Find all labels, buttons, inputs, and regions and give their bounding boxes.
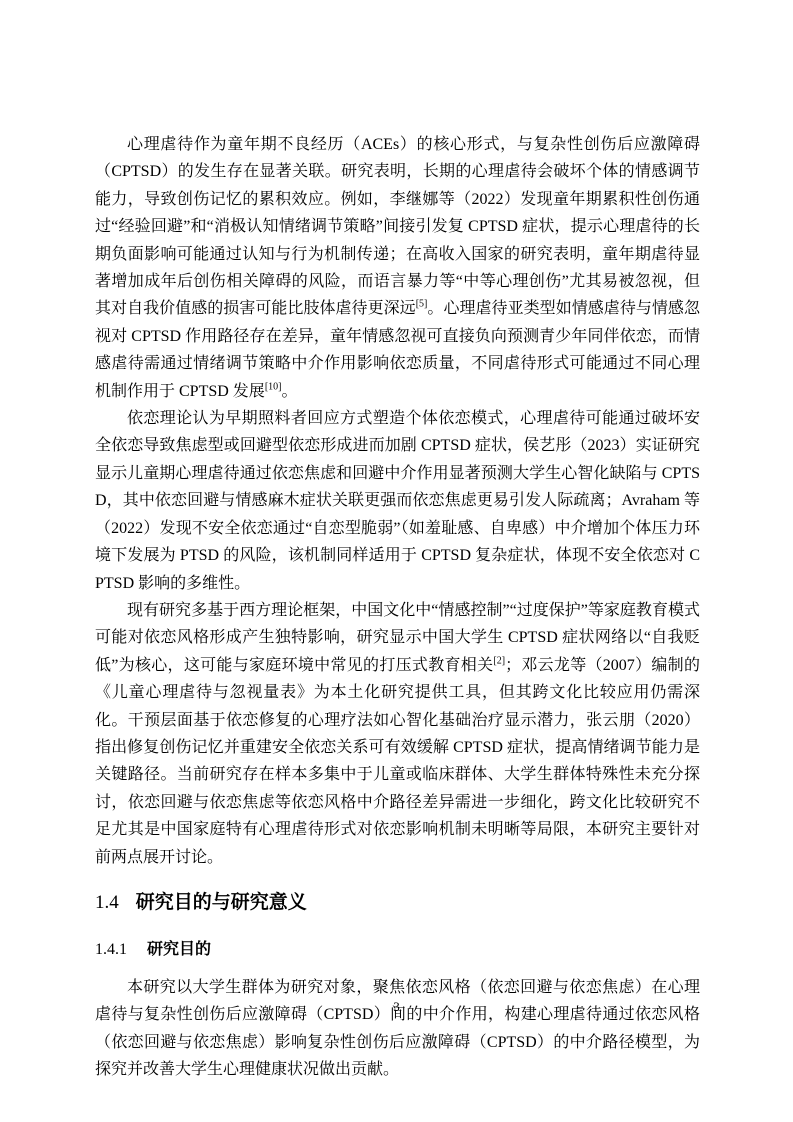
citation-superscript: [2]	[493, 655, 505, 666]
citation-superscript: [10]	[265, 381, 282, 392]
text-run: 依恋理论认为早期照料者回应方式塑造个体依恋模式，心理虐待可能通过破坏安全依恋导致…	[95, 410, 700, 591]
paragraph-research-gaps: 现有研究多基于西方理论框架，中国文化中“情感控制”“过度保护”等家庭教育模式可能…	[95, 597, 700, 871]
page-number: 3	[0, 999, 793, 1015]
section-title: 研究目的与研究意义	[136, 892, 307, 913]
paragraph-attachment-theory: 依恋理论认为早期照料者回应方式塑造个体依恋模式，心理虐待可能通过破坏安全依恋导致…	[95, 405, 700, 597]
paragraph-psychological-abuse: 心理虐待作为童年期不良经历（ACEs）的核心形式，与复杂性创伤后应激障碍（CPT…	[95, 131, 700, 405]
body-text: 心理虐待作为童年期不良经历（ACEs）的核心形式，与复杂性创伤后应激障碍（CPT…	[95, 131, 700, 1084]
text-run: ；邓云龙等（2007）编制的《儿童心理虐待与忽视量表》为本土化研究提供工具，但其…	[95, 657, 700, 866]
subsection-number: 1.4.1	[95, 941, 127, 958]
document-page: 心理虐待作为童年期不良经历（ACEs）的核心形式，与复杂性创伤后应激障碍（CPT…	[0, 0, 793, 1122]
section-number: 1.4	[95, 892, 119, 913]
subsection-title: 研究目的	[147, 941, 211, 958]
subsection-heading: 1.4.1研究目的	[95, 939, 700, 961]
section-heading: 1.4研究目的与研究意义	[95, 890, 700, 916]
paragraph-research-purpose: 本研究以大学生群体为研究对象，聚焦依恋风格（依恋回避与依恋焦虑）在心理虐待与复杂…	[95, 974, 700, 1084]
text-run: 本研究以大学生群体为研究对象，聚焦依恋风格（依恋回避与依恋焦虑）在心理虐待与复杂…	[95, 979, 700, 1078]
text-run: 。	[281, 383, 297, 400]
text-run: 心理虐待作为童年期不良经历（ACEs）的核心形式，与复杂性创伤后应激障碍（CPT…	[95, 136, 700, 317]
citation-superscript: [5]	[416, 299, 428, 310]
